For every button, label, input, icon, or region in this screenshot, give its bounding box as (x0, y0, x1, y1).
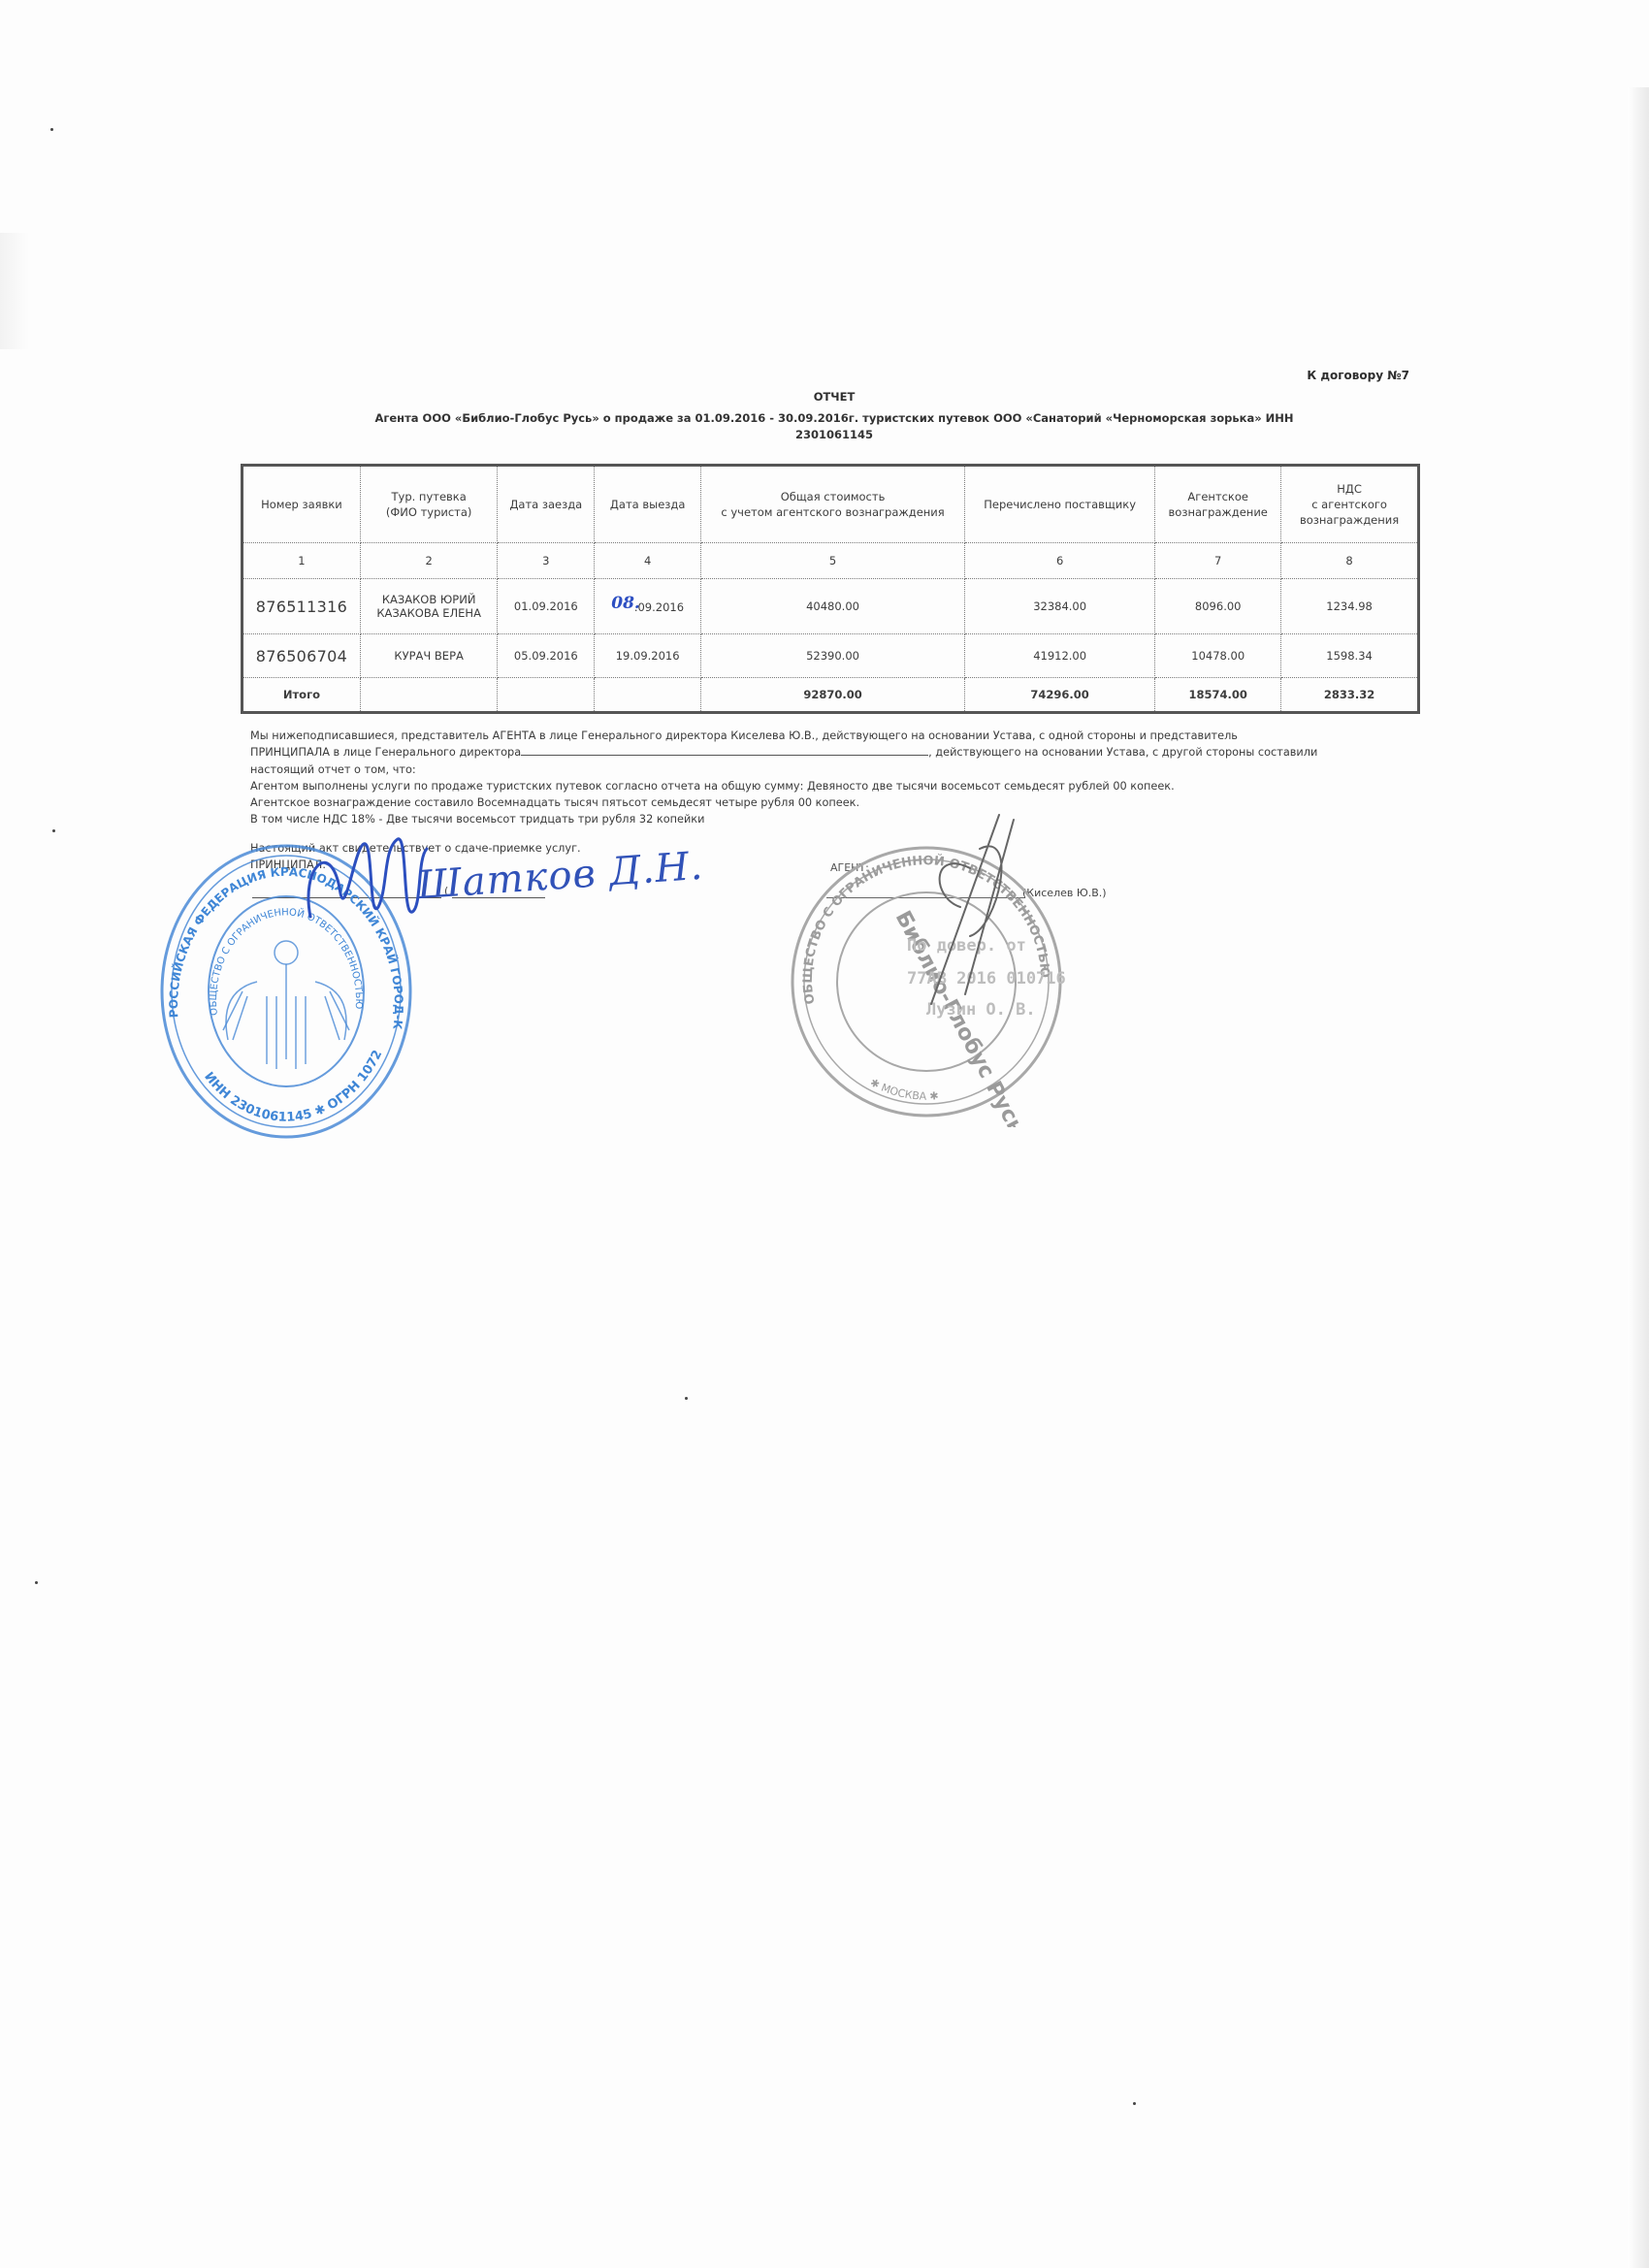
total-row: Итого 92870.00 74296.00 18574.00 2833.32 (242, 678, 1419, 713)
blank-field (521, 744, 928, 756)
principal-stamp-icon: РОССИЙСКАЯ ФЕДЕРАЦИЯ КРАСНОДАРСКИЙ КРАЙ … (150, 836, 422, 1147)
order-number: 876511316 (242, 579, 361, 634)
agent-label: АГЕНТ: (830, 861, 869, 874)
svg-text:По довер. от: По довер. от (907, 936, 1026, 956)
svg-text:ИНН 2301061145 ✱ ОГРН 10723010: ИНН 2301061145 ✱ ОГРН 1072301000485 (150, 836, 385, 1125)
departure-date: 08..09.2016 (595, 579, 701, 634)
vat-sum: 2833.32 (1281, 678, 1419, 713)
principal-signature-line (252, 897, 441, 898)
document-subtitle: Агента ООО «Библио-Глобус Русь» о продаж… (242, 410, 1426, 443)
scan-shadow-edge (1628, 87, 1649, 2268)
arrival-date: 01.09.2016 (498, 579, 595, 634)
contract-reference: К договору №7 (1307, 369, 1409, 382)
agent-fee: 8096.00 (1155, 579, 1281, 634)
col-header-vat: НДСс агентскоговознаграждения (1281, 466, 1419, 543)
agent-stamp-icon: ОБЩЕСТВО С ОГРАНИЧЕННОЙ ОТВЕТСТВЕННОСТЬЮ… (781, 836, 1072, 1127)
scan-speck (1133, 2102, 1136, 2105)
report-table: Номер заявки Тур. путевка(ФИО туриста) Д… (241, 464, 1420, 714)
empty-cell (360, 678, 498, 713)
svg-text:ОБЩЕСТВО С ОГРАНИЧЕННОЙ ОТВЕТС: ОБЩЕСТВО С ОГРАНИЧЕННОЙ ОТВЕТСТВЕННОСТЬЮ (209, 907, 364, 1017)
tourist-names: КУРАЧ ВЕРА (360, 634, 498, 678)
col-header-tourist: Тур. путевка(ФИО туриста) (360, 466, 498, 543)
table-header-row: Номер заявки Тур. путевка(ФИО туриста) Д… (242, 466, 1419, 543)
column-number: 4 (595, 543, 701, 579)
agent-signature-line (826, 897, 1025, 898)
total-cost-sum: 92870.00 (701, 678, 965, 713)
closing-statement: Настоящий акт свидетельствует о сдаче-пр… (250, 840, 581, 857)
empty-cell (595, 678, 701, 713)
col-header-order-no: Номер заявки (242, 466, 361, 543)
order-number: 876506704 (242, 634, 361, 678)
parties-line-3: настоящий отчет о том, что: (250, 761, 1429, 778)
col-header-paid-supplier: Перечислено поставщику (964, 466, 1154, 543)
svg-text:Библио-Глобус Русь: Библио-Глобус Русь (890, 907, 1028, 1127)
svg-text:✱ МОСКВА ✱: ✱ МОСКВА ✱ (868, 1076, 939, 1102)
parties-line-2: ПРИНЦИПАЛА в лице Генерального директора… (250, 744, 1429, 761)
vat-statement: В том числе НДС 18% - Две тысячи восемьс… (250, 811, 1429, 827)
parties-line-1: Мы нижеподписавшиеся, представитель АГЕН… (250, 728, 1429, 744)
arrival-date: 05.09.2016 (498, 634, 595, 678)
col-header-arrival: Дата заезда (498, 466, 595, 543)
svg-text:ОБЩЕСТВО С ОГРАНИЧЕННОЙ ОТВЕТС: ОБЩЕСТВО С ОГРАНИЧЕННОЙ ОТВЕТСТВЕННОСТЬЮ (801, 853, 1051, 1005)
svg-text:Лузин О. В.: Лузин О. В. (926, 1000, 1036, 1020)
subtitle-line-2: 2301061145 (242, 427, 1426, 443)
vat-amount: 1598.34 (1281, 634, 1419, 678)
column-number: 1 (242, 543, 361, 579)
col-header-departure: Дата выезда (595, 466, 701, 543)
departure-date: 19.09.2016 (595, 634, 701, 678)
column-number: 7 (1155, 543, 1281, 579)
handwritten-correction: 08. (611, 594, 640, 613)
total-cost: 40480.00 (701, 579, 965, 634)
column-number-row: 1 2 3 4 5 6 7 8 (242, 543, 1419, 579)
scan-speck (50, 128, 53, 131)
paid-to-supplier-sum: 74296.00 (964, 678, 1154, 713)
column-number: 6 (964, 543, 1154, 579)
total-sum-statement: Агентом выполнены услуги по продаже тури… (250, 778, 1429, 794)
agent-name: (Киселев Ю.В.) (1022, 887, 1107, 899)
scan-speck (685, 1397, 688, 1400)
table-row: 876511316 КАЗАКОВ ЮРИЙКАЗАКОВА ЕЛЕНА 01.… (242, 579, 1419, 634)
column-number: 2 (360, 543, 498, 579)
tourist-names: КАЗАКОВ ЮРИЙКАЗАКОВА ЕЛЕНА (360, 579, 498, 634)
agent-fee-sum: 18574.00 (1155, 678, 1281, 713)
total-cost: 52390.00 (701, 634, 965, 678)
scan-speck (35, 1581, 38, 1584)
agent-signature-icon (912, 810, 1048, 1014)
agent-fee: 10478.00 (1155, 634, 1281, 678)
scan-speck (52, 829, 55, 832)
paid-to-supplier: 32384.00 (964, 579, 1154, 634)
agent-fee-statement: Агентское вознаграждение составило Восем… (250, 794, 1429, 811)
document-title: ОТЧЕТ (242, 390, 1426, 404)
col-header-agent-fee: Агентскоевознаграждение (1155, 466, 1281, 543)
empty-cell (498, 678, 595, 713)
scan-shadow-left (0, 233, 29, 349)
subtitle-line-1: Агента ООО «Библио-Глобус Русь» о продаж… (242, 410, 1426, 427)
svg-text:77АВ 2016 010716: 77АВ 2016 010716 (907, 969, 1066, 988)
report-body: Мы нижеподписавшиеся, представитель АГЕН… (250, 728, 1429, 828)
table-row: 876506704 КУРАЧ ВЕРА 05.09.2016 19.09.20… (242, 634, 1419, 678)
col-header-total-cost: Общая стоимостьс учетом агентского возна… (701, 466, 965, 543)
total-label: Итого (242, 678, 361, 713)
column-number: 5 (701, 543, 965, 579)
column-number: 8 (1281, 543, 1419, 579)
column-number: 3 (498, 543, 595, 579)
vat-amount: 1234.98 (1281, 579, 1419, 634)
paid-to-supplier: 41912.00 (964, 634, 1154, 678)
